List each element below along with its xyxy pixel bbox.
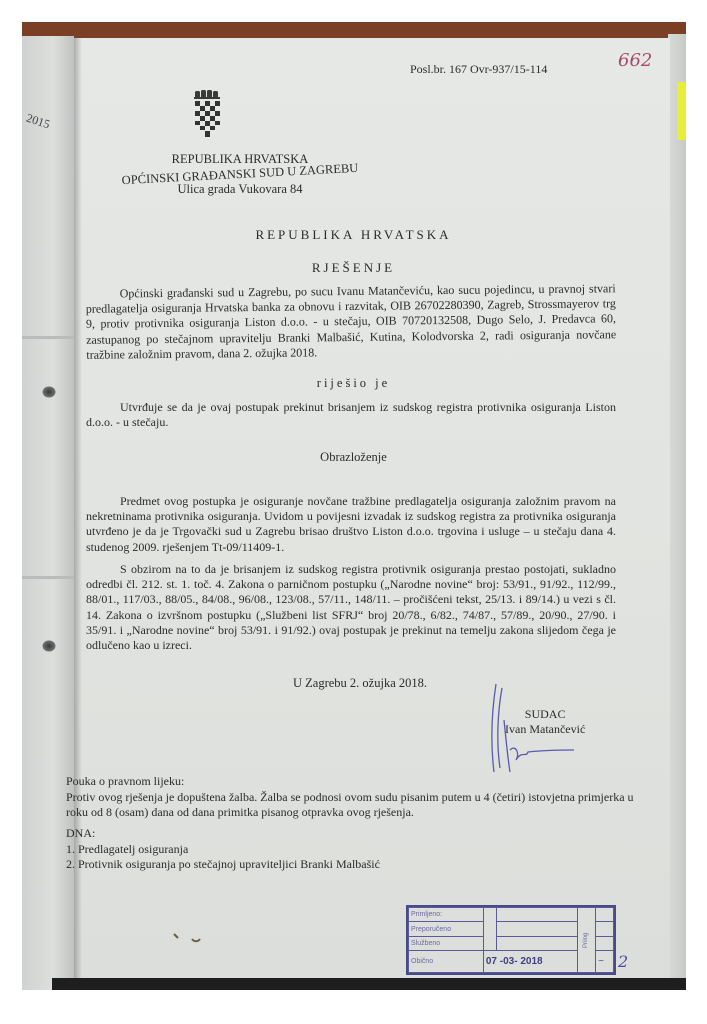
handwritten-page-number: 662	[618, 50, 652, 71]
judge-name: Ivan Matančević	[505, 722, 585, 737]
ruling-paragraph: Utvrđuje se da je ovaj postupak prekinut…	[86, 400, 616, 430]
case-number: Posl.br. 167 Ovr-937/15-114	[410, 62, 547, 77]
yellow-tab	[677, 82, 686, 140]
judge-title: SUDAC	[505, 707, 585, 722]
coat-of-arms-icon	[192, 90, 222, 144]
reasoning-heading: Obrazloženje	[0, 450, 707, 465]
intro-text: Općinski građanski sud u Zagrebu, po suc…	[86, 281, 616, 361]
judge-signature-block: SUDAC Ivan Matančević	[505, 707, 585, 737]
delivery-item: 1. Predlagatelj osiguranja	[66, 842, 380, 858]
stamp-side-label: Prilog	[577, 908, 595, 973]
reasoning-text-2: S obzirom na to da je brisanjem iz sudsk…	[86, 562, 616, 652]
stamp-row-label: Obično	[409, 951, 484, 973]
stamp-row-label: Preporučeno	[409, 922, 484, 936]
delivery-list: DNA: 1. Predlagatelj osiguranja 2. Proti…	[66, 826, 380, 873]
court-header: REPUBLIKA HRVATSKA OPĆINSKI GRAĐANSKI SU…	[120, 152, 360, 197]
punch-hole-icon	[42, 640, 56, 652]
delivery-item: 2. Protivnik osiguranja po stečajnoj upr…	[66, 857, 380, 873]
page-stack-edge	[668, 34, 686, 984]
republic-title: REPUBLIKA HRVATSKA	[0, 227, 707, 243]
legal-remedy-text: Protiv ovog rješenja je dopuštena žalba.…	[66, 790, 646, 821]
stamp-handwritten-note: 2	[618, 952, 628, 971]
place-date: U Zagrebu 2. ožujka 2018.	[0, 676, 707, 691]
legal-remedy: Pouka o pravnom lijeku: Protiv ovog rješ…	[66, 774, 646, 821]
delivery-heading: DNA:	[66, 826, 380, 842]
page-fold	[22, 336, 74, 339]
reasoning-paragraph-2: S obzirom na to da je brisanjem iz sudsk…	[86, 562, 616, 653]
staple-mark-icon	[172, 932, 202, 944]
ruling-text: Utvrđuje se da je ovaj postupak prekinut…	[86, 400, 616, 429]
page-fold	[22, 576, 74, 579]
reasoning-paragraph-1: Predmet ovog postupka je osiguranje novč…	[86, 494, 616, 555]
stamp-row-label: Primljeno:	[409, 908, 484, 922]
binder-margin-text: 2015	[24, 111, 51, 133]
legal-remedy-heading: Pouka o pravnom lijeku:	[66, 774, 646, 790]
intro-paragraph: Općinski građanski sud u Zagrebu, po suc…	[86, 281, 617, 363]
decided-heading: riješio je	[0, 376, 707, 391]
stamp-row-label: Službeno	[409, 936, 484, 950]
document-title: RJEŠENJE	[0, 260, 707, 276]
bottom-edge	[52, 978, 686, 990]
stamp-date: 07 -03- 2018	[483, 951, 577, 973]
reasoning-text-1: Predmet ovog postupka je osiguranje novč…	[86, 494, 616, 554]
received-stamp: Primljeno: Prilog Preporučeno Službeno O…	[406, 905, 616, 975]
